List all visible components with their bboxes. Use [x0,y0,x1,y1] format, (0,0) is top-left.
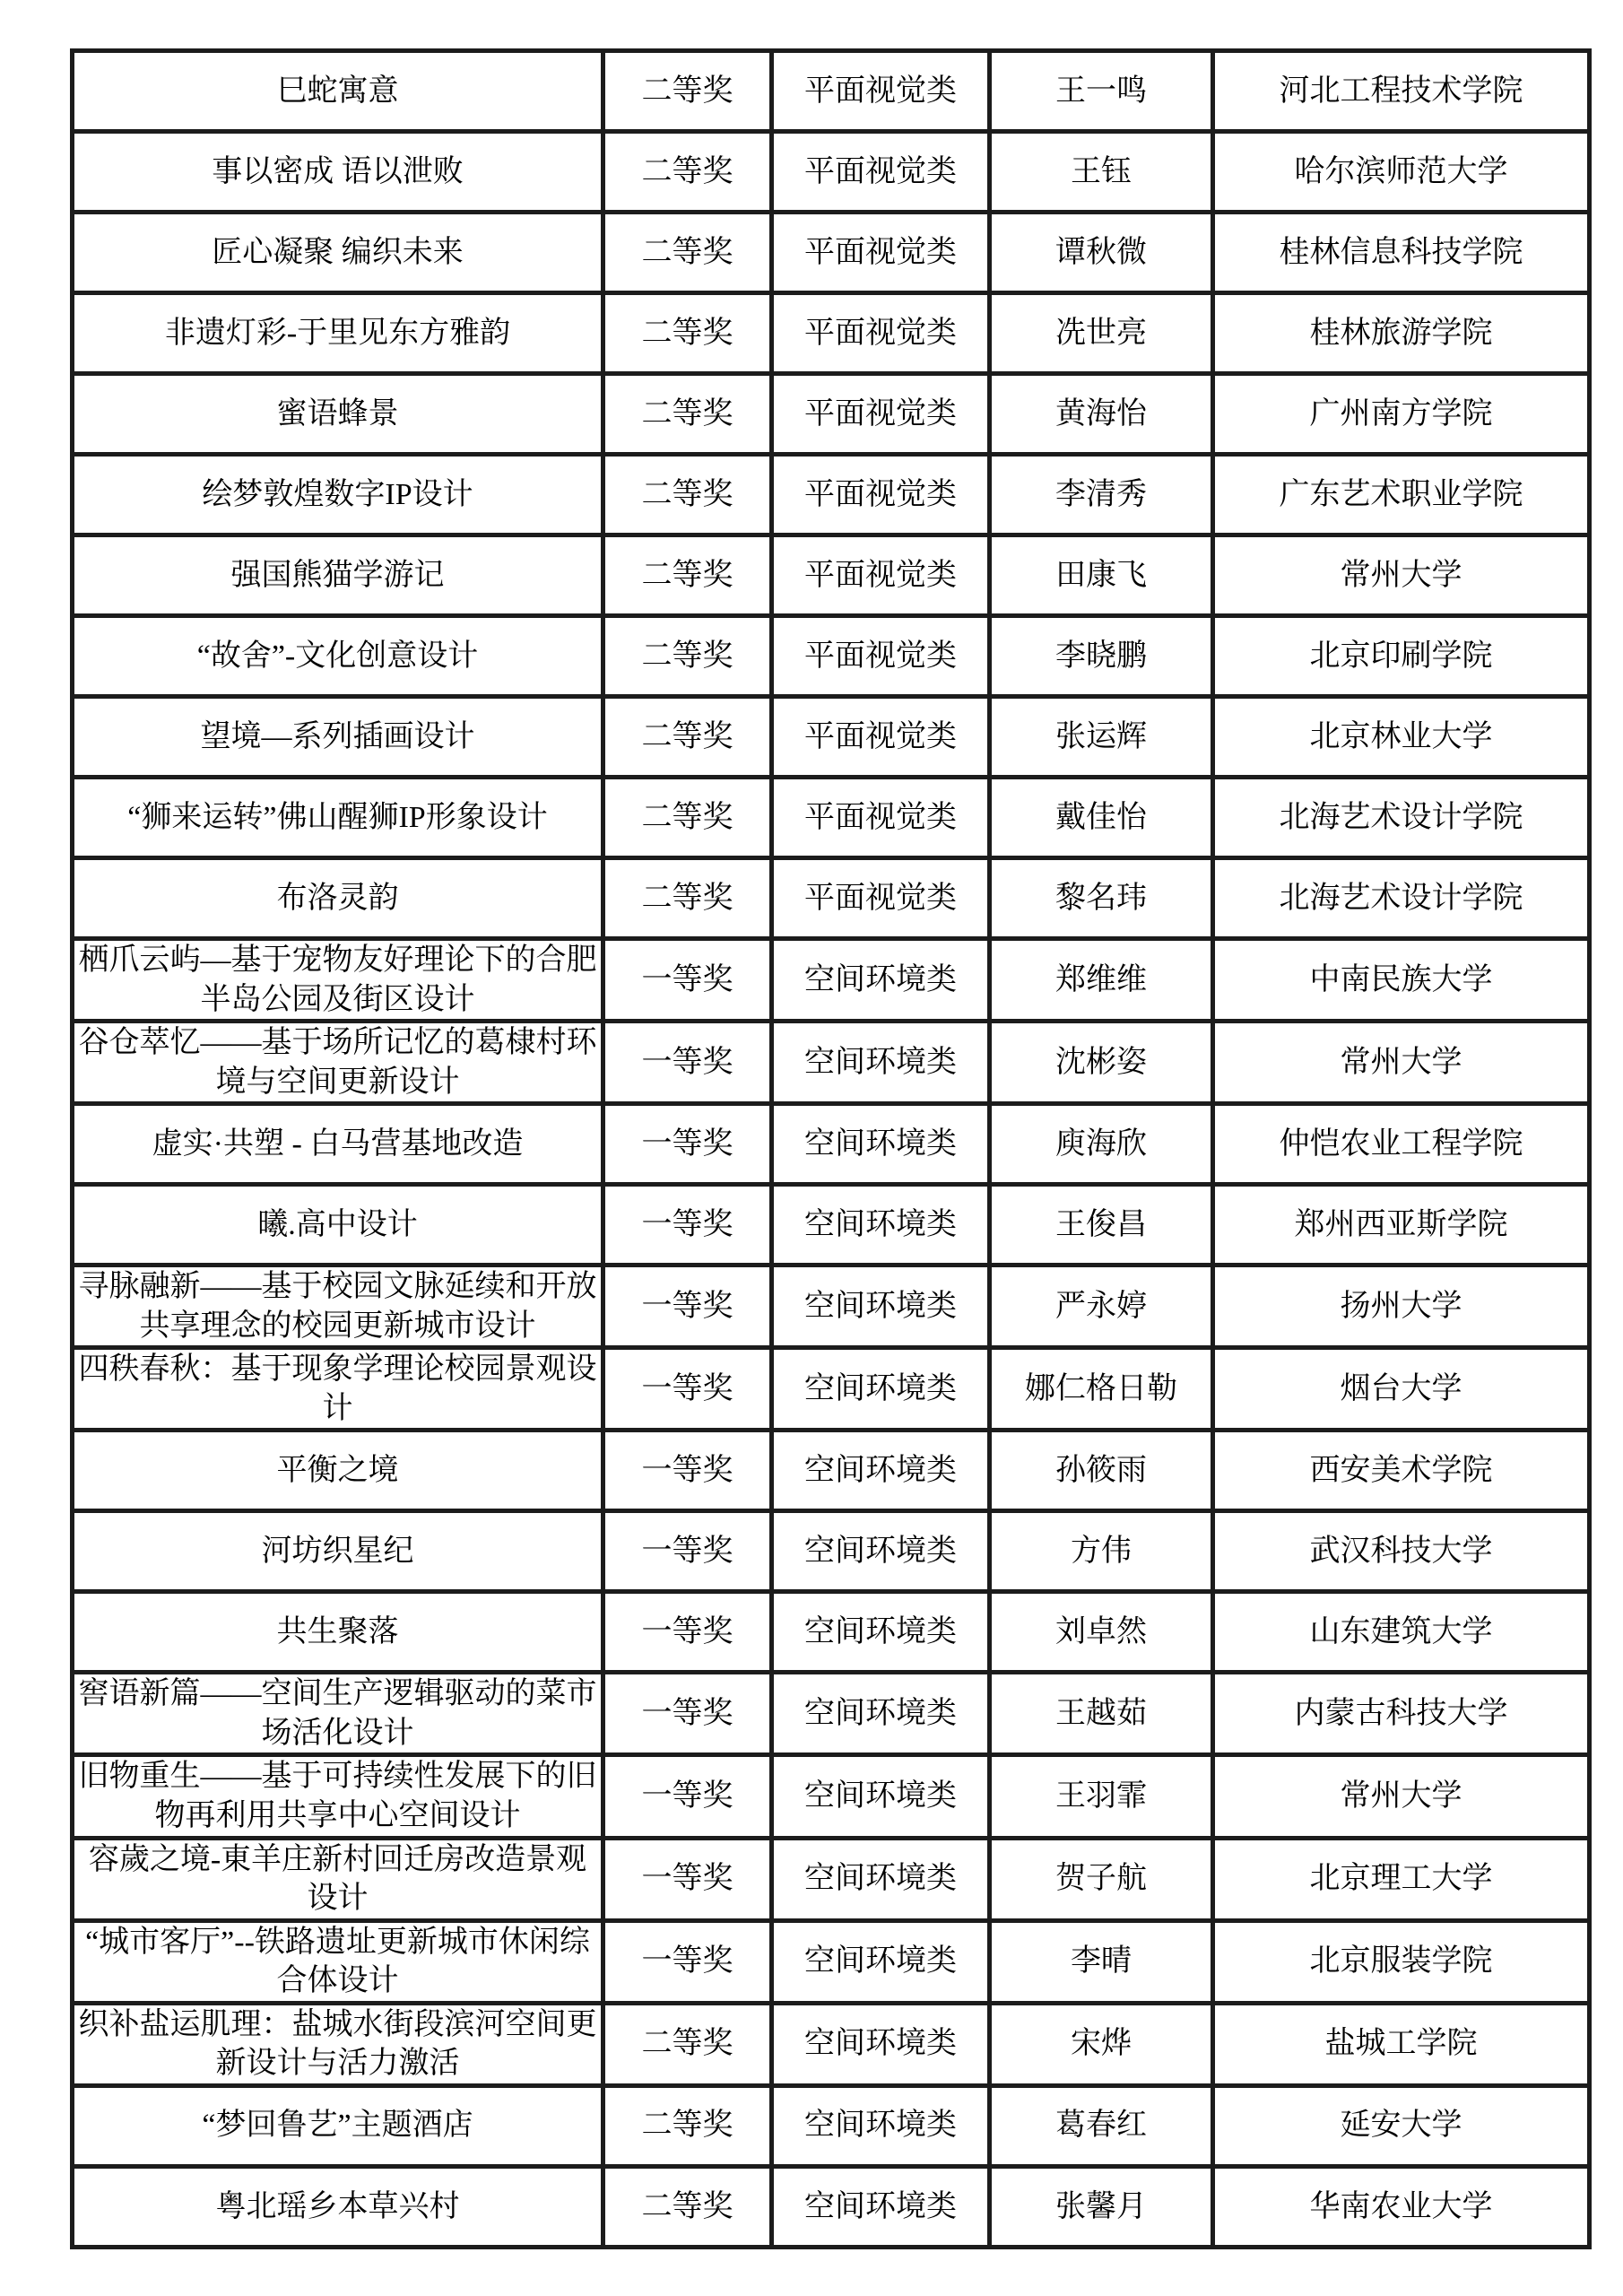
author-cell: 宋烨 [990,2003,1213,2085]
category-cell: 平面视觉类 [772,213,990,293]
work-title-cell: 旧物重生——基于可持续性发展下的旧物再利用共享中心空间设计 [73,1755,603,1838]
award-cell: 二等奖 [603,213,772,293]
work-title-cell: 共生聚落 [73,1592,603,1673]
table-row: 栖爪云屿—基于宠物友好理论下的合肥半岛公园及街区设计一等奖空间环境类郑维维中南民… [73,939,1590,1022]
author-cell: 王俊昌 [990,1185,1213,1265]
table-row: 织补盐运肌理：盐城水街段滨河空间更新设计与活力激活二等奖空间环境类宋烨盐城工学院 [73,2003,1590,2085]
school-cell: 山东建筑大学 [1213,1592,1590,1673]
work-title-cell: 匠心凝聚 编织未来 [73,213,603,293]
school-cell: 内蒙古科技大学 [1213,1673,1590,1755]
award-cell: 二等奖 [603,455,772,535]
work-title-cell: 布洛灵韵 [73,858,603,939]
award-cell: 二等奖 [603,2085,772,2166]
school-cell: 盐城工学院 [1213,2003,1590,2085]
school-cell: 郑州西亚斯学院 [1213,1185,1590,1265]
table-row: “狮来运转”佛山醒狮IP形象设计二等奖平面视觉类戴佳怡北海艺术设计学院 [73,778,1590,858]
table-row: 望境—系列插画设计二等奖平面视觉类张运辉北京林业大学 [73,697,1590,778]
work-title-cell: 粤北瑶乡本草兴村 [73,2166,603,2247]
author-cell: 冼世亮 [990,293,1213,374]
school-cell: 桂林信息科技学院 [1213,213,1590,293]
award-cell: 一等奖 [603,1022,772,1104]
award-cell: 一等奖 [603,1185,772,1265]
category-cell: 空间环境类 [772,1431,990,1511]
table-row: 粤北瑶乡本草兴村二等奖空间环境类张馨月华南农业大学 [73,2166,1590,2247]
award-cell: 一等奖 [603,1348,772,1431]
work-title-cell: 巳蛇寓意 [73,51,603,132]
category-cell: 平面视觉类 [772,132,990,213]
category-cell: 空间环境类 [772,1265,990,1348]
author-cell: 娜仁格日勒 [990,1348,1213,1431]
table-row: 事以密成 语以泄败二等奖平面视觉类王钰哈尔滨师范大学 [73,132,1590,213]
award-cell: 二等奖 [603,535,772,616]
table-row: 容歲之境-東羊庄新村回迁房改造景观设计一等奖空间环境类贺子航北京理工大学 [73,1838,1590,1920]
school-cell: 中南民族大学 [1213,939,1590,1022]
category-cell: 平面视觉类 [772,535,990,616]
award-cell: 一等奖 [603,1838,772,1920]
category-cell: 空间环境类 [772,2003,990,2085]
category-cell: 空间环境类 [772,1755,990,1838]
category-cell: 空间环境类 [772,1673,990,1755]
work-title-cell: 虚实·共塑 - 白马营基地改造 [73,1104,603,1185]
award-cell: 二等奖 [603,778,772,858]
author-cell: 葛春红 [990,2085,1213,2166]
category-cell: 平面视觉类 [772,858,990,939]
school-cell: 烟台大学 [1213,1348,1590,1431]
school-cell: 武汉科技大学 [1213,1511,1590,1592]
author-cell: 张运辉 [990,697,1213,778]
category-cell: 空间环境类 [772,2085,990,2166]
table-row: 虚实·共塑 - 白马营基地改造一等奖空间环境类庾海欣仲恺农业工程学院 [73,1104,1590,1185]
award-cell: 二等奖 [603,2003,772,2085]
author-cell: 王钰 [990,132,1213,213]
category-cell: 平面视觉类 [772,51,990,132]
category-cell: 空间环境类 [772,1185,990,1265]
table-row: 共生聚落一等奖空间环境类刘卓然山东建筑大学 [73,1592,1590,1673]
category-cell: 空间环境类 [772,1104,990,1185]
table-row: 四秩春秋：基于现象学理论校园景观设计一等奖空间环境类娜仁格日勒烟台大学 [73,1348,1590,1431]
author-cell: 孙筱雨 [990,1431,1213,1511]
table-row: 匠心凝聚 编织未来二等奖平面视觉类谭秋微桂林信息科技学院 [73,213,1590,293]
table-row: 强国熊猫学游记二等奖平面视觉类田康飞常州大学 [73,535,1590,616]
school-cell: 北京印刷学院 [1213,616,1590,697]
work-title-cell: 绘梦敦煌数字IP设计 [73,455,603,535]
school-cell: 常州大学 [1213,1755,1590,1838]
award-cell: 一等奖 [603,1511,772,1592]
work-title-cell: 强国熊猫学游记 [73,535,603,616]
table-row: 巳蛇寓意二等奖平面视觉类王一鸣河北工程技术学院 [73,51,1590,132]
school-cell: 北京理工大学 [1213,1838,1590,1920]
work-title-cell: “狮来运转”佛山醒狮IP形象设计 [73,778,603,858]
school-cell: 广东艺术职业学院 [1213,455,1590,535]
awards-table: 巳蛇寓意二等奖平面视觉类王一鸣河北工程技术学院事以密成 语以泄败二等奖平面视觉类… [70,48,1592,2249]
work-title-cell: 河坊织星纪 [73,1511,603,1592]
category-cell: 平面视觉类 [772,778,990,858]
school-cell: 常州大学 [1213,1022,1590,1104]
school-cell: 仲恺农业工程学院 [1213,1104,1590,1185]
category-cell: 平面视觉类 [772,616,990,697]
work-title-cell: 事以密成 语以泄败 [73,132,603,213]
award-cell: 二等奖 [603,616,772,697]
author-cell: 李晴 [990,1920,1213,2003]
table-row: 旧物重生——基于可持续性发展下的旧物再利用共享中心空间设计一等奖空间环境类王羽霏… [73,1755,1590,1838]
table-row: 布洛灵韵二等奖平面视觉类黎名玮北海艺术设计学院 [73,858,1590,939]
work-title-cell: “城市客厅”--铁路遗址更新城市休闲综合体设计 [73,1920,603,2003]
author-cell: 戴佳怡 [990,778,1213,858]
author-cell: 刘卓然 [990,1592,1213,1673]
work-title-cell: 窖语新篇——空间生产逻辑驱动的菜市场活化设计 [73,1673,603,1755]
category-cell: 平面视觉类 [772,293,990,374]
author-cell: 郑维维 [990,939,1213,1022]
author-cell: 黎名玮 [990,858,1213,939]
work-title-cell: “梦回鲁艺”主题酒店 [73,2085,603,2166]
author-cell: 庾海欣 [990,1104,1213,1185]
author-cell: 方伟 [990,1511,1213,1592]
award-cell: 一等奖 [603,1920,772,2003]
table-row: 非遗灯彩-于里见东方雅韵二等奖平面视觉类冼世亮桂林旅游学院 [73,293,1590,374]
work-title-cell: 蜜语蜂景 [73,374,603,455]
work-title-cell: 织补盐运肌理：盐城水街段滨河空间更新设计与活力激活 [73,2003,603,2085]
work-title-cell: 栖爪云屿—基于宠物友好理论下的合肥半岛公园及街区设计 [73,939,603,1022]
table-row: 曦.高中设计一等奖空间环境类王俊昌郑州西亚斯学院 [73,1185,1590,1265]
school-cell: 哈尔滨师范大学 [1213,132,1590,213]
work-title-cell: 寻脉融新——基于校园文脉延续和开放共享理念的校园更新城市设计 [73,1265,603,1348]
author-cell: 王一鸣 [990,51,1213,132]
school-cell: 华南农业大学 [1213,2166,1590,2247]
table-row: “梦回鲁艺”主题酒店二等奖空间环境类葛春红延安大学 [73,2085,1590,2166]
table-row: 平衡之境一等奖空间环境类孙筱雨西安美术学院 [73,1431,1590,1511]
school-cell: 延安大学 [1213,2085,1590,2166]
category-cell: 平面视觉类 [772,455,990,535]
author-cell: 李晓鹏 [990,616,1213,697]
table-row: 蜜语蜂景二等奖平面视觉类黄海怡广州南方学院 [73,374,1590,455]
author-cell: 谭秋微 [990,213,1213,293]
table-row: 谷仓萃忆——基于场所记忆的葛棣村环境与空间更新设计一等奖空间环境类沈彬姿常州大学 [73,1022,1590,1104]
school-cell: 北海艺术设计学院 [1213,858,1590,939]
table-row: 河坊织星纪一等奖空间环境类方伟武汉科技大学 [73,1511,1590,1592]
category-cell: 平面视觉类 [772,374,990,455]
award-cell: 一等奖 [603,1104,772,1185]
author-cell: 田康飞 [990,535,1213,616]
school-cell: 北京林业大学 [1213,697,1590,778]
award-cell: 一等奖 [603,939,772,1022]
award-cell: 一等奖 [603,1673,772,1755]
category-cell: 空间环境类 [772,939,990,1022]
author-cell: 黄海怡 [990,374,1213,455]
award-cell: 二等奖 [603,51,772,132]
author-cell: 贺子航 [990,1838,1213,1920]
table-row: 寻脉融新——基于校园文脉延续和开放共享理念的校园更新城市设计一等奖空间环境类严永… [73,1265,1590,1348]
category-cell: 空间环境类 [772,1348,990,1431]
school-cell: 桂林旅游学院 [1213,293,1590,374]
work-title-cell: 谷仓萃忆——基于场所记忆的葛棣村环境与空间更新设计 [73,1022,603,1104]
work-title-cell: “故舍”-文化创意设计 [73,616,603,697]
author-cell: 李清秀 [990,455,1213,535]
school-cell: 西安美术学院 [1213,1431,1590,1511]
award-cell: 二等奖 [603,374,772,455]
table-row: “城市客厅”--铁路遗址更新城市休闲综合体设计一等奖空间环境类李晴北京服装学院 [73,1920,1590,2003]
work-title-cell: 曦.高中设计 [73,1185,603,1265]
award-cell: 二等奖 [603,132,772,213]
award-cell: 一等奖 [603,1755,772,1838]
author-cell: 沈彬姿 [990,1022,1213,1104]
work-title-cell: 望境—系列插画设计 [73,697,603,778]
category-cell: 空间环境类 [772,1592,990,1673]
school-cell: 北京服装学院 [1213,1920,1590,2003]
award-cell: 一等奖 [603,1431,772,1511]
table-row: 绘梦敦煌数字IP设计二等奖平面视觉类李清秀广东艺术职业学院 [73,455,1590,535]
table-row: “故舍”-文化创意设计二等奖平面视觉类李晓鹏北京印刷学院 [73,616,1590,697]
award-cell: 二等奖 [603,2166,772,2247]
award-cell: 一等奖 [603,1265,772,1348]
award-cell: 二等奖 [603,858,772,939]
table-row: 窖语新篇——空间生产逻辑驱动的菜市场活化设计一等奖空间环境类王越茹内蒙古科技大学 [73,1673,1590,1755]
school-cell: 广州南方学院 [1213,374,1590,455]
document-page: 巳蛇寓意二等奖平面视觉类王一鸣河北工程技术学院事以密成 语以泄败二等奖平面视觉类… [0,0,1623,2296]
work-title-cell: 非遗灯彩-于里见东方雅韵 [73,293,603,374]
award-cell: 一等奖 [603,1592,772,1673]
school-cell: 常州大学 [1213,535,1590,616]
school-cell: 北海艺术设计学院 [1213,778,1590,858]
author-cell: 王羽霏 [990,1755,1213,1838]
category-cell: 空间环境类 [772,1920,990,2003]
school-cell: 扬州大学 [1213,1265,1590,1348]
category-cell: 空间环境类 [772,1838,990,1920]
school-cell: 河北工程技术学院 [1213,51,1590,132]
author-cell: 王越茹 [990,1673,1213,1755]
author-cell: 张馨月 [990,2166,1213,2247]
awards-table-body: 巳蛇寓意二等奖平面视觉类王一鸣河北工程技术学院事以密成 语以泄败二等奖平面视觉类… [73,51,1590,2248]
category-cell: 空间环境类 [772,2166,990,2247]
category-cell: 平面视觉类 [772,697,990,778]
author-cell: 严永婷 [990,1265,1213,1348]
category-cell: 空间环境类 [772,1022,990,1104]
work-title-cell: 四秩春秋：基于现象学理论校园景观设计 [73,1348,603,1431]
award-cell: 二等奖 [603,697,772,778]
award-cell: 二等奖 [603,293,772,374]
work-title-cell: 容歲之境-東羊庄新村回迁房改造景观设计 [73,1838,603,1920]
category-cell: 空间环境类 [772,1511,990,1592]
work-title-cell: 平衡之境 [73,1431,603,1511]
